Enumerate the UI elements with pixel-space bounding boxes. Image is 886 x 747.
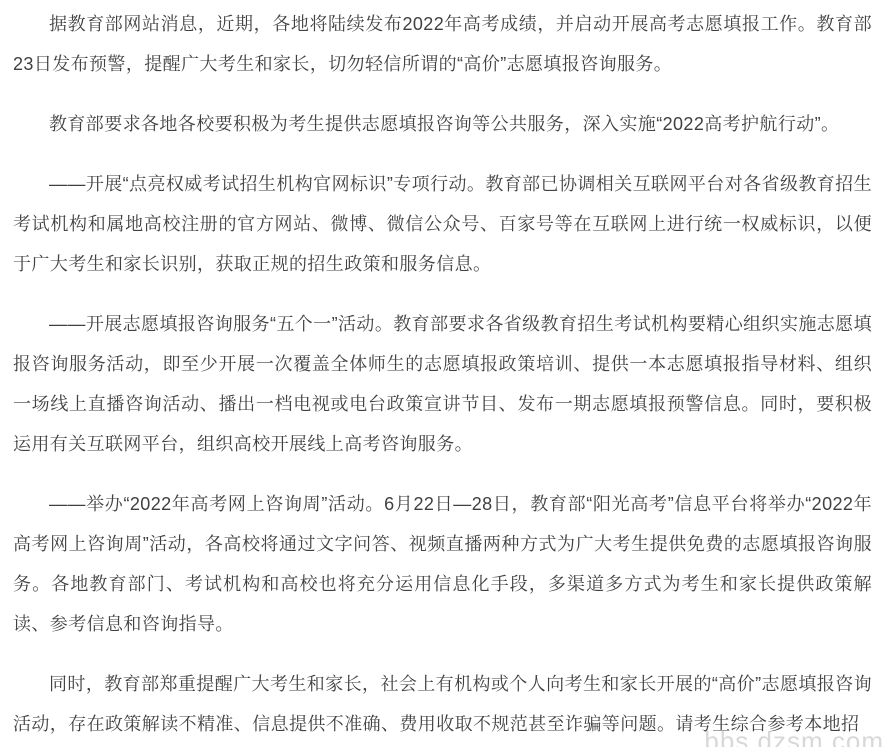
paragraph: 同时，教育部郑重提醒广大考生和家长，社会上有机构或个人向考生和家长开展的“高价”… <box>13 664 872 744</box>
paragraph: ——开展志愿填报咨询服务“五个一”活动。教育部要求各省级教育招生考试机构要精心组… <box>13 304 872 464</box>
paragraph: ——举办“2022年高考网上咨询周”活动。6月22日—28日，教育部“阳光高考”… <box>13 484 872 644</box>
paragraph: 教育部要求各地各校要积极为考生提供志愿填报咨询等公共服务，深入实施“2022高考… <box>13 104 872 144</box>
paragraph: ——开展“点亮权威考试招生机构官网标识”专项行动。教育部已协调相关互联网平台对各… <box>13 164 872 284</box>
paragraph: 据教育部网站消息，近期，各地将陆续发布2022年高考成绩，并启动开展高考志愿填报… <box>13 4 872 84</box>
article-body: 据教育部网站消息，近期，各地将陆续发布2022年高考成绩，并启动开展高考志愿填报… <box>0 0 886 744</box>
